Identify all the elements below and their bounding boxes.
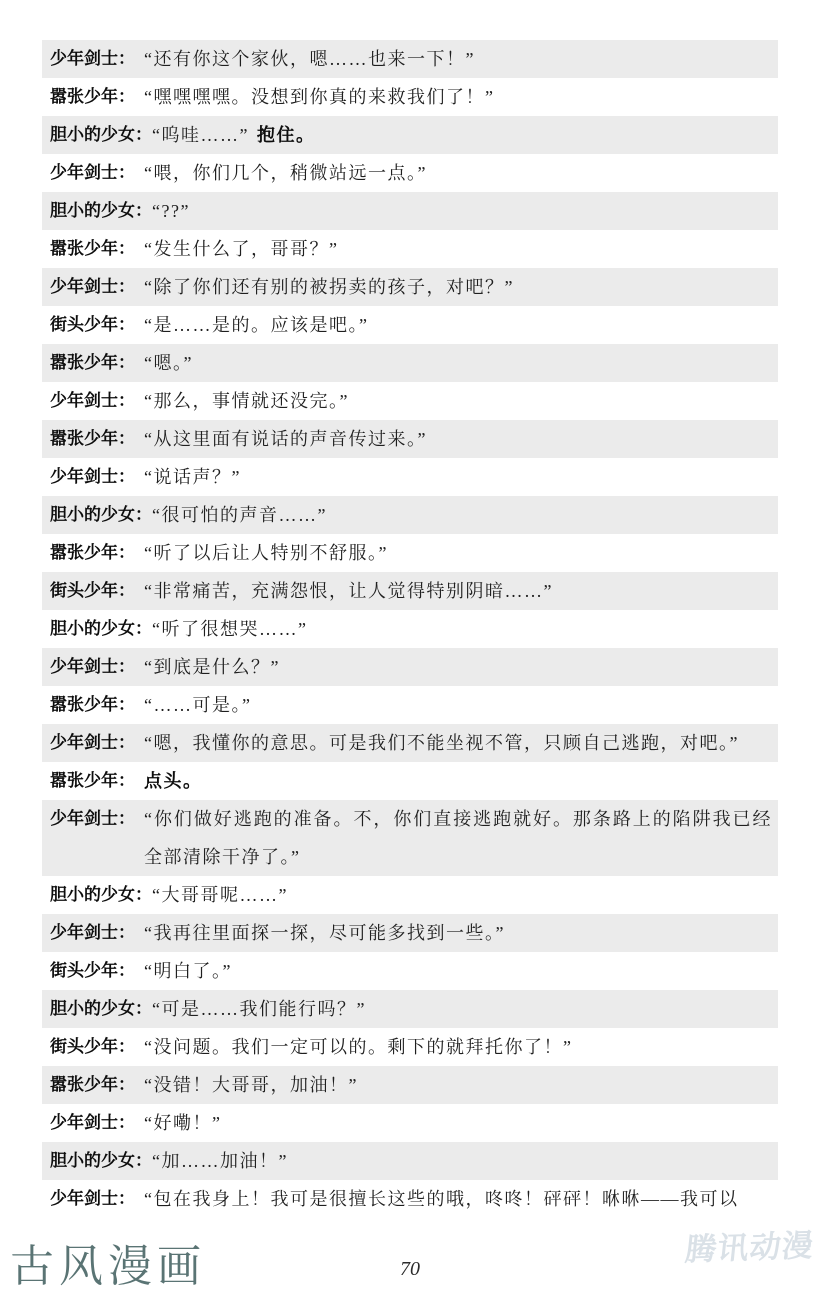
dialogue-row: 嚣张少年： “听了以后让人特别不舒服。” (42, 534, 778, 572)
dialogue-row: 胆小的少女： “听了很想哭……” (42, 610, 778, 648)
speaker-label: 少年剑士： (42, 1104, 144, 1142)
dialogue-row: 嚣张少年： “发生什么了，哥哥？” (42, 230, 778, 268)
dialogue-row: 嚣张少年： “……可是。” (42, 686, 778, 724)
speech-text: “加……加油！” (152, 1151, 288, 1171)
speaker-label: 少年剑士： (42, 648, 144, 686)
dialogue-text: “还有你这个家伙，嗯……也来一下！” (144, 40, 778, 78)
dialogue-row: 嚣张少年： “嗯。” (42, 344, 778, 382)
dialogue-row: 嚣张少年： “从这里面有说话的声音传过来。” (42, 420, 778, 458)
dialogue-row: 嚣张少年： “嘿嘿嘿嘿。没想到你真的来救我们了！” (42, 78, 778, 116)
dialogue-text: “……可是。” (144, 686, 778, 724)
dialogue-row: 街头少年： “非常痛苦，充满怨恨，让人觉得特别阴暗……” (42, 572, 778, 610)
dialogue-text: “加……加油！” (152, 1142, 778, 1180)
dialogue-row: 胆小的少女： “??” (42, 192, 778, 230)
dialogue-row: 嚣张少年： “没错！大哥哥，加油！” (42, 1066, 778, 1104)
speaker-label: 嚣张少年： (42, 78, 144, 116)
dialogue-text: “明白了。” (144, 952, 778, 990)
dialogue-text: “听了很想哭……” (152, 610, 778, 648)
speaker-label: 嚣张少年： (42, 230, 144, 268)
speaker-label: 胆小的少女： (42, 496, 152, 534)
speaker-label: 嚣张少年： (42, 420, 144, 458)
dialogue-row: 街头少年： “没问题。我们一定可以的。剩下的就拜托你了！” (42, 1028, 778, 1066)
tencent-comics-watermark-icon: 腾讯动漫 (683, 1220, 816, 1269)
dialogue-text: “发生什么了，哥哥？” (144, 230, 778, 268)
dialogue-text: “那么，事情就还没完。” (144, 382, 778, 420)
dialogue-text: “听了以后让人特别不舒服。” (144, 534, 778, 572)
dialogue-row: 胆小的少女： “呜哇……”抱住。 (42, 116, 778, 154)
speech-text: “从这里面有说话的声音传过来。” (144, 429, 427, 449)
speech-text: “非常痛苦，充满怨恨，让人觉得特别阴暗……” (144, 581, 553, 601)
speaker-label: 少年剑士： (42, 1180, 144, 1218)
speech-text: “听了以后让人特别不舒服。” (144, 543, 388, 563)
speaker-label: 嚣张少年： (42, 1066, 144, 1104)
speaker-label: 少年剑士： (42, 458, 144, 496)
speaker-label: 少年剑士： (42, 382, 144, 420)
speaker-label: 胆小的少女： (42, 1142, 152, 1180)
dialogue-text: “??” (152, 192, 778, 230)
dialogue-text: “大哥哥呢……” (152, 876, 778, 914)
dialogue-list: 少年剑士： “还有你这个家伙，嗯……也来一下！” 嚣张少年： “嘿嘿嘿嘿。没想到… (42, 40, 778, 1218)
speech-text: “我再往里面探一探，尽可能多找到一些。” (144, 923, 505, 943)
dialogue-text: “可是……我们能行吗？” (152, 990, 778, 1028)
dialogue-text: “是……是的。应该是吧。” (144, 306, 778, 344)
speech-text: “明白了。” (144, 961, 232, 981)
speaker-label: 嚣张少年： (42, 762, 144, 800)
dialogue-row: 少年剑士： “我再往里面探一探，尽可能多找到一些。” (42, 914, 778, 952)
dialogue-row: 少年剑士： “你们做好逃跑的准备。不，你们直接逃跑就好。那条路上的陷阱我已经全部… (42, 800, 778, 876)
dialogue-text: “嗯，我懂你的意思。可是我们不能坐视不管，只顾自己逃跑，对吧。” (144, 724, 778, 762)
dialogue-text: “从这里面有说话的声音传过来。” (144, 420, 778, 458)
dialogue-text: “非常痛苦，充满怨恨，让人觉得特别阴暗……” (144, 572, 778, 610)
dialogue-text: “喂，你们几个，稍微站远一点。” (144, 154, 778, 192)
dialogue-text: “没问题。我们一定可以的。剩下的就拜托你了！” (144, 1028, 778, 1066)
comic-script-page: { "colors": { "row_shade": "#ebebeb", "d… (0, 0, 820, 1291)
dialogue-row: 胆小的少女： “可是……我们能行吗？” (42, 990, 778, 1028)
speech-text: “……可是。” (144, 695, 251, 715)
dialogue-text: “你们做好逃跑的准备。不，你们直接逃跑就好。那条路上的陷阱我已经全部清除干净了。… (144, 800, 778, 876)
dialogue-text: “我再往里面探一探，尽可能多找到一些。” (144, 914, 778, 952)
speech-text: “是……是的。应该是吧。” (144, 315, 368, 335)
speech-text: “好嘞！” (144, 1113, 221, 1133)
dialogue-row: 少年剑士： “好嘞！” (42, 1104, 778, 1142)
speech-text: “还有你这个家伙，嗯……也来一下！” (144, 49, 475, 69)
dialogue-text: “嗯。” (144, 344, 778, 382)
dialogue-row: 少年剑士： “还有你这个家伙，嗯……也来一下！” (42, 40, 778, 78)
dialogue-row: 胆小的少女： “大哥哥呢……” (42, 876, 778, 914)
dialogue-text: “到底是什么？” (144, 648, 778, 686)
dialogue-text: 点头。 (144, 762, 778, 800)
speech-text: “那么，事情就还没完。” (144, 391, 349, 411)
speech-text: “没问题。我们一定可以的。剩下的就拜托你了！” (144, 1037, 572, 1057)
dialogue-row: 胆小的少女： “加……加油！” (42, 1142, 778, 1180)
speaker-label: 胆小的少女： (42, 192, 152, 230)
speech-text: “听了很想哭……” (152, 619, 307, 639)
dialogue-text: “除了你们还有别的被拐卖的孩子，对吧？” (144, 268, 778, 306)
speech-text: “嗯。” (144, 353, 193, 373)
speaker-label: 街头少年： (42, 1028, 144, 1066)
speaker-label: 少年剑士： (42, 724, 144, 762)
speaker-label: 少年剑士： (42, 154, 144, 192)
action-text: 抱住。 (257, 125, 316, 145)
dialogue-row: 少年剑士： “到底是什么？” (42, 648, 778, 686)
speech-text: “可是……我们能行吗？” (152, 999, 366, 1019)
dialogue-text: “包在我身上！我可是很擅长这些的哦，咚咚！砰砰！咻咻——我可以 (144, 1180, 778, 1218)
dialogue-text: “好嘞！” (144, 1104, 778, 1142)
speech-text: “除了你们还有别的被拐卖的孩子，对吧？” (144, 277, 514, 297)
dialogue-text: “嘿嘿嘿嘿。没想到你真的来救我们了！” (144, 78, 778, 116)
dialogue-row: 少年剑士： “说话声？” (42, 458, 778, 496)
speaker-label: 街头少年： (42, 952, 144, 990)
dialogue-row: 少年剑士： “喂，你们几个，稍微站远一点。” (42, 154, 778, 192)
dialogue-text: “说话声？” (144, 458, 778, 496)
speaker-label: 胆小的少女： (42, 990, 152, 1028)
speech-text: “说话声？” (144, 467, 241, 487)
dialogue-row: 少年剑士： “嗯，我懂你的意思。可是我们不能坐视不管，只顾自己逃跑，对吧。” (42, 724, 778, 762)
dialogue-row: 街头少年： “是……是的。应该是吧。” (42, 306, 778, 344)
speech-text: “嗯，我懂你的意思。可是我们不能坐视不管，只顾自己逃跑，对吧。” (144, 733, 739, 753)
speech-text: “到底是什么？” (144, 657, 280, 677)
speaker-label: 少年剑士： (42, 40, 144, 78)
speech-text: “很可怕的声音……” (152, 505, 327, 525)
dialogue-row: 少年剑士： “除了你们还有别的被拐卖的孩子，对吧？” (42, 268, 778, 306)
speech-text: “大哥哥呢……” (152, 885, 288, 905)
speaker-label: 街头少年： (42, 306, 144, 344)
speech-text: “没错！大哥哥，加油！” (144, 1075, 358, 1095)
speaker-label: 少年剑士： (42, 914, 144, 952)
dialogue-row: 胆小的少女： “很可怕的声音……” (42, 496, 778, 534)
speech-text: “发生什么了，哥哥？” (144, 239, 338, 259)
speaker-label: 嚣张少年： (42, 534, 144, 572)
dialogue-row: 少年剑士： “包在我身上！我可是很擅长这些的哦，咚咚！砰砰！咻咻——我可以 (42, 1180, 778, 1218)
speaker-label: 胆小的少女： (42, 876, 152, 914)
dialogue-row: 嚣张少年： 点头。 (42, 762, 778, 800)
dialogue-text: “很可怕的声音……” (152, 496, 778, 534)
speech-text: “??” (152, 201, 190, 221)
speaker-label: 胆小的少女： (42, 116, 152, 154)
speaker-label: 嚣张少年： (42, 686, 144, 724)
speech-text: “呜哇……” (152, 125, 249, 145)
speech-text: “你们做好逃跑的准备。不，你们直接逃跑就好。那条路上的陷阱我已经全部清除干净了。… (144, 809, 772, 867)
action-text: 点头。 (144, 771, 203, 791)
dialogue-text: “没错！大哥哥，加油！” (144, 1066, 778, 1104)
dialogue-row: 街头少年： “明白了。” (42, 952, 778, 990)
dialogue-text: “呜哇……”抱住。 (152, 116, 778, 154)
speech-text: “喂，你们几个，稍微站远一点。” (144, 163, 427, 183)
speaker-label: 街头少年： (42, 572, 144, 610)
speaker-label: 少年剑士： (42, 800, 144, 838)
speaker-label: 嚣张少年： (42, 344, 144, 382)
dialogue-row: 少年剑士： “那么，事情就还没完。” (42, 382, 778, 420)
speaker-label: 胆小的少女： (42, 610, 152, 648)
speaker-label: 少年剑士： (42, 268, 144, 306)
speech-text: “包在我身上！我可是很擅长这些的哦，咚咚！砰砰！咻咻——我可以 (144, 1189, 739, 1209)
speech-text: “嘿嘿嘿嘿。没想到你真的来救我们了！” (144, 87, 494, 107)
